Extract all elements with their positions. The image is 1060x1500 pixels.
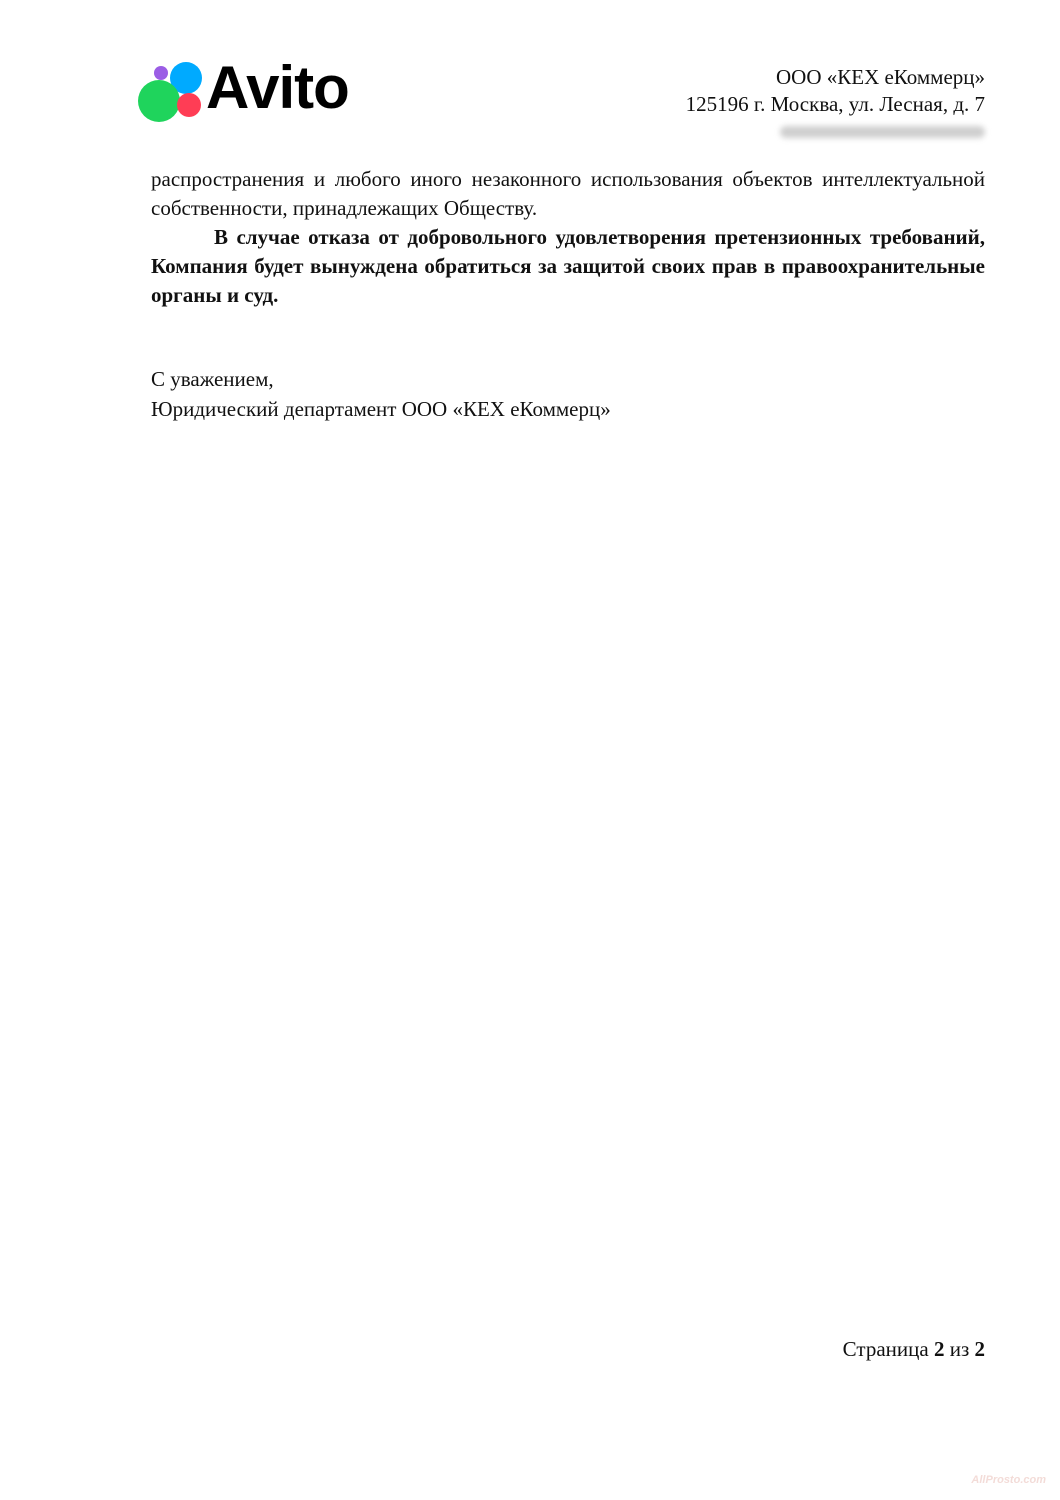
company-name: ООО «КЕХ еКоммерц» (686, 64, 985, 91)
closing-phrase: С уважением, (151, 364, 611, 394)
current-page: 2 (934, 1337, 945, 1361)
sender-header: ООО «КЕХ еКоммерц» 125196 г. Москва, ул.… (686, 64, 985, 145)
avito-logo: Avito (138, 58, 378, 124)
company-address: 125196 г. Москва, ул. Лесная, д. 7 (686, 91, 985, 118)
page-number: Страница 2 из 2 (843, 1337, 985, 1362)
site-watermark: AllProsto.com (971, 1474, 1046, 1486)
redacted-email (780, 126, 985, 138)
letter-body: распространения и любого иного незаконно… (151, 165, 985, 310)
page-label: Страница (843, 1337, 929, 1361)
avito-circles-icon (138, 58, 204, 124)
signature-department: Юридический департамент ООО «КЕХ еКоммер… (151, 394, 611, 424)
paragraph-legal-warning: В случае отказа от добровольного удовлет… (151, 223, 985, 310)
logo-wordmark: Avito (206, 52, 349, 124)
paragraph-ip-rights: распространения и любого иного незаконно… (151, 165, 985, 223)
of-label: из (950, 1337, 970, 1361)
total-pages: 2 (975, 1337, 986, 1361)
signature-block: С уважением, Юридический департамент ООО… (151, 364, 611, 424)
